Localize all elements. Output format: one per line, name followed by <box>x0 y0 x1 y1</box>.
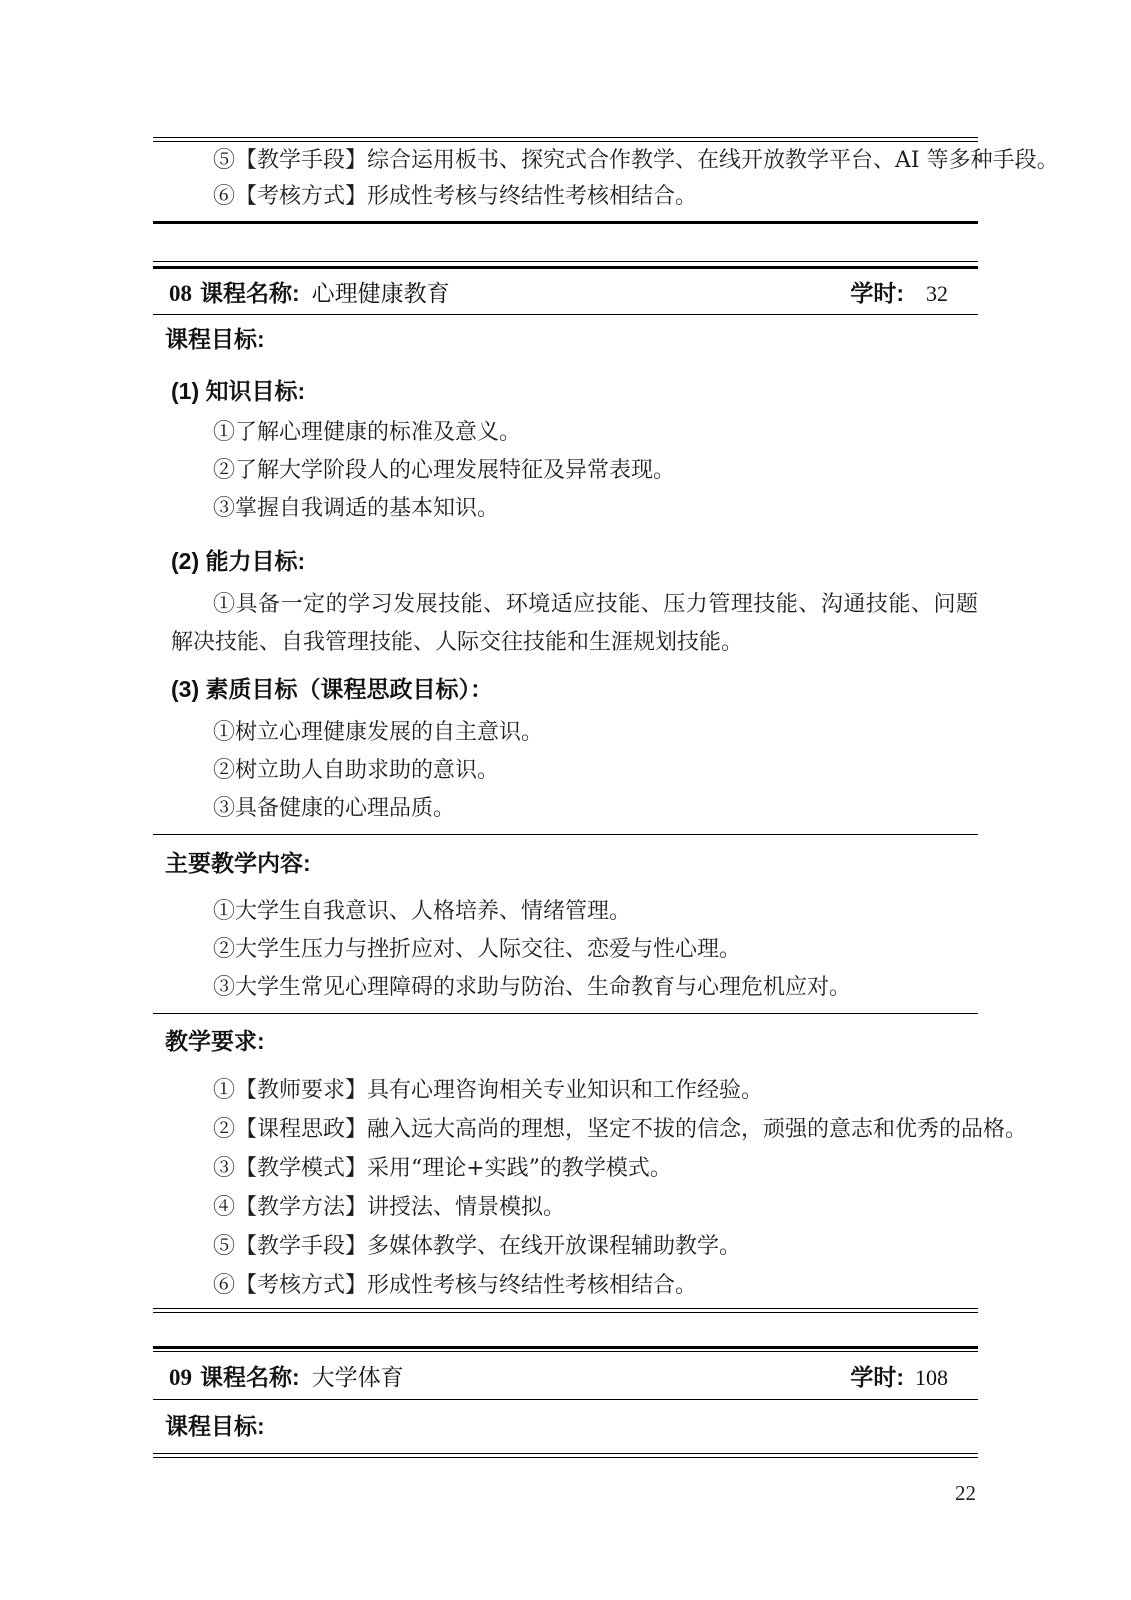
table-row-divider <box>153 1399 978 1400</box>
course-hours: 学时: 32 <box>850 275 948 308</box>
course-name-label: 课程名称: <box>200 1359 300 1392</box>
teaching-requirement-item: ①【教师要求】具有心理咨询相关专业知识和工作经验。 <box>153 1071 978 1110</box>
hours-value: 32 <box>904 281 948 307</box>
course-name: 心理健康教育 <box>312 275 450 308</box>
teaching-content-title: 主要教学内容: <box>153 848 978 878</box>
table-bottom-border-double <box>153 1453 978 1458</box>
prev-course-item: ⑤【教学手段】综合运用板书、探究式合作教学、在线开放教学平台、AI 等多种手段。 <box>153 144 978 178</box>
hours-label: 学时: <box>850 1359 904 1392</box>
quality-objectives-title: (3) 素质目标（课程思政目标）： <box>153 674 978 704</box>
table-row-divider <box>153 834 978 835</box>
course-header-row: 09 课程名称: 大学体育 学时: 108 <box>153 1352 978 1399</box>
page-content: ⑤【教学手段】综合运用板书、探究式合作教学、在线开放教学平台、AI 等多种手段。… <box>153 0 978 1506</box>
quality-item: ③具备健康的心理品质。 <box>153 790 978 828</box>
table-row-divider-double <box>153 137 978 142</box>
teaching-requirement-item: ④【教学方法】讲授法、情景模拟。 <box>153 1188 978 1227</box>
course-name-label: 课程名称: <box>200 275 300 308</box>
knowledge-item: ②了解大学阶段人的心理发展特征及异常表现。 <box>153 452 978 490</box>
quality-item: ①树立心理健康发展的自主意识。 <box>153 714 978 752</box>
hours-value: 108 <box>904 1365 948 1391</box>
table-row-divider <box>153 314 978 315</box>
course-hours: 学时: 108 <box>850 1359 948 1392</box>
teaching-content-item: ③大学生常见心理障碍的求助与防治、生命教育与心理危机应对。 <box>153 969 978 1007</box>
table-top-border <box>153 261 978 269</box>
table-bottom-border-double <box>153 1308 978 1313</box>
hours-label: 学时: <box>850 275 904 308</box>
teaching-requirement-item: ⑥【考核方式】形成性考核与终结性考核相结合。 <box>153 1266 978 1305</box>
table-row-divider <box>153 1013 978 1014</box>
course-number: 08 <box>169 281 192 307</box>
teaching-requirement-item: ③【教学模式】采用“理论+实践”的教学模式。 <box>153 1149 978 1188</box>
objectives-title: 课程目标: <box>153 324 978 354</box>
page-number: 22 <box>153 1480 978 1506</box>
knowledge-item: ①了解心理健康的标准及意义。 <box>153 414 978 452</box>
document-page: ⑤【教学手段】综合运用板书、探究式合作教学、在线开放教学平台、AI 等多种手段。… <box>0 0 1131 1600</box>
teaching-requirement-item: ⑤【教学手段】多媒体教学、在线开放课程辅助教学。 <box>153 1227 978 1266</box>
prev-course-item: ⑥【考核方式】形成性考核与终结性考核相结合。 <box>153 178 978 216</box>
table-bottom-border <box>153 221 978 224</box>
ability-objectives-title: (2) 能力目标: <box>153 546 978 576</box>
quality-item: ②树立助人自助求助的意识。 <box>153 752 978 790</box>
teaching-requirements-title: 教学要求: <box>153 1026 978 1056</box>
course-header-row: 08 课程名称: 心理健康教育 学时: 32 <box>153 269 978 314</box>
knowledge-item: ③掌握自我调适的基本知识。 <box>153 490 978 528</box>
teaching-requirement-item: ②【课程思政】融入远大高尚的理想，坚定不拔的信念，顽强的意志和优秀的品格。 <box>153 1110 978 1149</box>
course-number: 09 <box>169 1365 192 1391</box>
course-name: 大学体育 <box>312 1359 404 1392</box>
teaching-content-item: ②大学生压力与挫折应对、人际交往、恋爱与性心理。 <box>153 931 978 969</box>
course-title: 08 课程名称: 心理健康教育 <box>169 275 450 308</box>
teaching-content-item: ①大学生自我意识、人格培养、情绪管理。 <box>153 893 978 931</box>
course-title: 09 课程名称: 大学体育 <box>169 1359 404 1392</box>
objectives-title: 课程目标: <box>153 1411 978 1441</box>
ability-paragraph: ①具备一定的学习发展技能、环境适应技能、压力管理技能、沟通技能、问题解决技能、自… <box>153 586 978 662</box>
knowledge-objectives-title: (1) 知识目标: <box>153 376 978 406</box>
